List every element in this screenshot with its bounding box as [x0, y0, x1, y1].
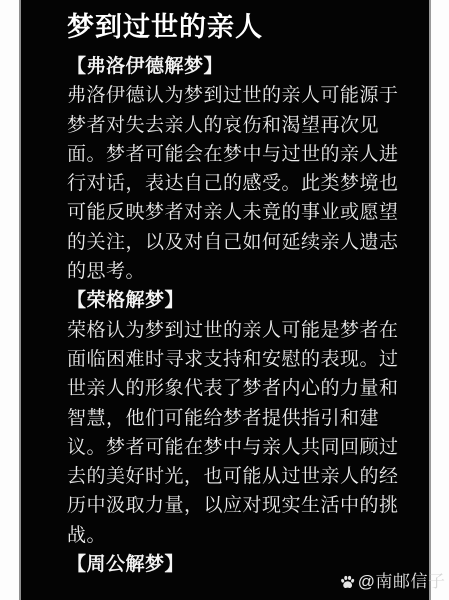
watermark-handle: @南邮信: [358, 571, 428, 593]
section-jung: 【荣格解梦】 荣格认为梦到过世的亲人可能是梦者在 面临困难时寻求支持和安慰的表现…: [67, 286, 413, 550]
watermark-faded-char: 子: [428, 571, 449, 593]
paw-icon: [339, 574, 356, 591]
left-page-margin: [0, 0, 21, 600]
section-heading: 【荣格解梦】: [67, 286, 413, 315]
section-freud: 【弗洛伊德解梦】 弗洛伊德认为梦到过世的亲人可能源于 梦者对失去亲人的哀伤和渴望…: [67, 52, 413, 286]
section-heading: 【弗洛伊德解梦】: [67, 52, 413, 81]
watermark: @南邮信 子: [339, 571, 449, 593]
section-paragraph: 弗洛伊德认为梦到过世的亲人可能源于 梦者对失去亲人的哀伤和渴望再次见 面。梦者可…: [67, 81, 413, 286]
page: 梦到过世的亲人 【弗洛伊德解梦】 弗洛伊德认为梦到过世的亲人可能源于 梦者对失去…: [0, 0, 449, 600]
section-paragraph: 荣格认为梦到过世的亲人可能是梦者在 面临困难时寻求支持和安慰的表现。过 世亲人的…: [67, 316, 413, 550]
right-page-margin: [429, 0, 449, 600]
article-card: 梦到过世的亲人 【弗洛伊德解梦】 弗洛伊德认为梦到过世的亲人可能源于 梦者对失去…: [21, 0, 429, 600]
page-title: 梦到过世的亲人: [67, 10, 413, 44]
